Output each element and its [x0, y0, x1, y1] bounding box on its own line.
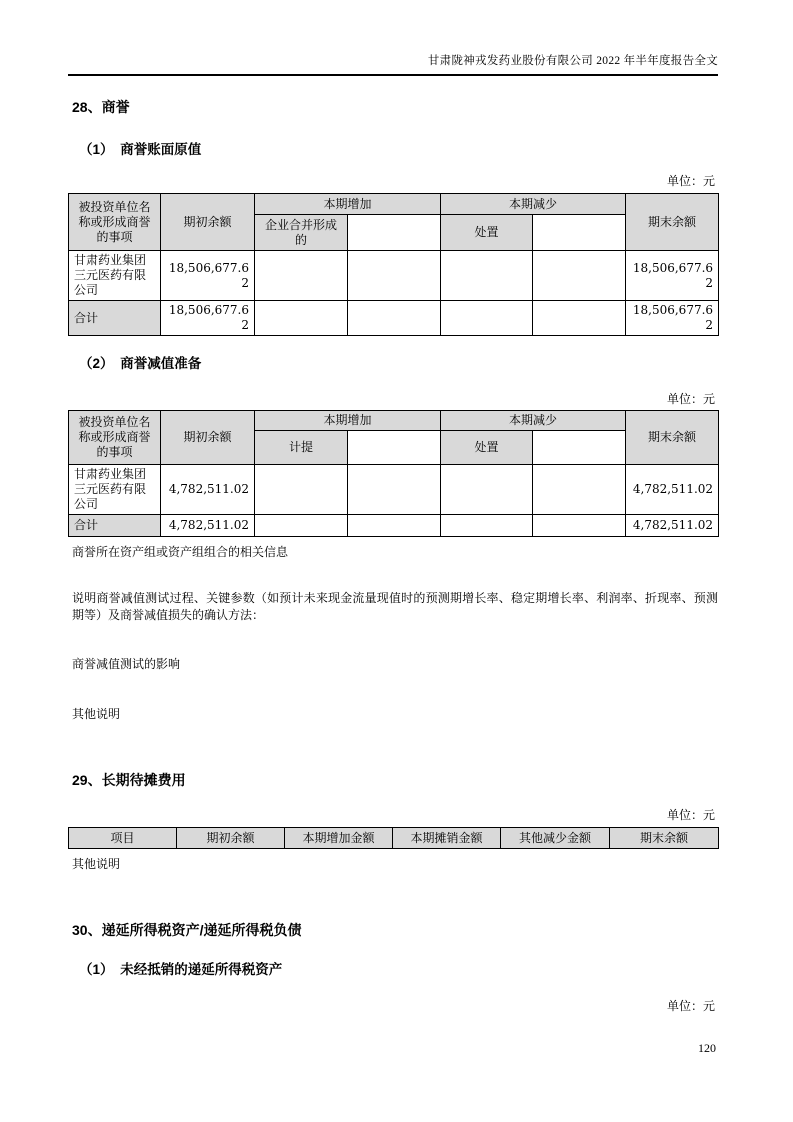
- col-header-opening: 期初余额: [161, 411, 255, 465]
- col-header-increase-group: 本期增加: [255, 411, 441, 431]
- empty-cell: [533, 515, 626, 537]
- col-header-decrease-group: 本期减少: [441, 194, 626, 215]
- note-impairment-method: 说明商誉减值测试过程、关键参数（如预计未来现金流量现值时的预测期增长率、稳定期增…: [68, 590, 718, 624]
- total-opening-cell: 18,506,677.62: [161, 301, 255, 336]
- col-header-closing: 期末余额: [626, 411, 719, 465]
- empty-cell: [441, 251, 533, 301]
- empty-cell: [255, 465, 348, 515]
- empty-cell: [533, 301, 626, 336]
- goodwill-impairment-table: 被投资单位名称或形成商誉的事项 期初余额 本期增加 本期减少 期末余额 计提 处…: [68, 410, 719, 537]
- empty-header-cell: [533, 215, 626, 251]
- goodwill-cost-table: 被投资单位名称或形成商誉的事项 期初余额 本期增加 本期减少 期末余额 企业合并…: [68, 193, 719, 336]
- report-page: 甘肃陇神戎发药业股份有限公司 2022 年半年度报告全文 28、商誉 （1） 商…: [0, 0, 793, 1122]
- table-row-company: 甘肃药业集团三元医药有限公司 18,506,677.62 18,506,677.…: [69, 251, 719, 301]
- table-header-row: 项目 期初余额 本期增加金额 本期摊销金额 其他减少金额 期末余额: [69, 828, 719, 849]
- col-header-opening: 期初余额: [161, 194, 255, 251]
- total-closing-cell: 4,782,511.02: [626, 515, 719, 537]
- empty-cell: [255, 515, 348, 537]
- header-rule: [68, 74, 718, 76]
- empty-cell: [441, 515, 533, 537]
- total-closing-cell: 18,506,677.62: [626, 301, 719, 336]
- col-header-other-decrease: 其他减少金额: [501, 828, 610, 849]
- col-header-closing: 期末余额: [610, 828, 719, 849]
- unit-label-deferred-tax: 单位：元: [68, 997, 718, 1014]
- page-number: 120: [68, 1041, 718, 1056]
- col-header-entity: 被投资单位名称或形成商誉的事项: [69, 194, 161, 251]
- section-28-title: 28、商誉: [68, 97, 718, 117]
- empty-cell: [441, 301, 533, 336]
- opening-balance-cell: 4,782,511.02: [161, 465, 255, 515]
- total-label-cell: 合计: [69, 515, 161, 537]
- note-impairment-effect: 商誉减值测试的影响: [68, 656, 718, 673]
- table-row-total: 合计 4,782,511.02 4,782,511.02: [69, 515, 719, 537]
- total-label-cell: 合计: [69, 301, 161, 336]
- note-other-long-term: 其他说明: [68, 856, 718, 873]
- table-row-company: 甘肃药业集团三元医药有限公司 4,782,511.02 4,782,511.02: [69, 465, 719, 515]
- empty-cell: [348, 301, 441, 336]
- col-header-opening: 期初余额: [177, 828, 285, 849]
- unit-label-long-term: 单位：元: [68, 806, 718, 823]
- opening-balance-cell: 18,506,677.62: [161, 251, 255, 301]
- empty-cell: [441, 465, 533, 515]
- company-name-cell: 甘肃药业集团三元医药有限公司: [69, 251, 161, 301]
- subsection-deferred-tax-title: （1） 未经抵销的递延所得税资产: [68, 958, 718, 978]
- col-header-decrease-sub: 处置: [441, 431, 533, 465]
- empty-cell: [533, 465, 626, 515]
- col-header-closing: 期末余额: [626, 194, 719, 251]
- col-header-increase-sub: 企业合并形成的: [255, 215, 348, 251]
- total-opening-cell: 4,782,511.02: [161, 515, 255, 537]
- note-asset-group: 商誉所在资产组或资产组组合的相关信息: [68, 544, 718, 561]
- empty-cell: [348, 251, 441, 301]
- col-header-decrease-sub: 处置: [441, 215, 533, 251]
- col-header-increase-amount: 本期增加金额: [285, 828, 393, 849]
- col-header-entity: 被投资单位名称或形成商誉的事项: [69, 411, 161, 465]
- closing-balance-cell: 4,782,511.02: [626, 465, 719, 515]
- company-name-cell: 甘肃药业集团三元医药有限公司: [69, 465, 161, 515]
- empty-header-cell: [533, 431, 626, 465]
- col-header-increase-sub: 计提: [255, 431, 348, 465]
- empty-cell: [348, 465, 441, 515]
- subsection-goodwill-cost-title: （1） 商誉账面原值: [68, 138, 718, 158]
- subsection-goodwill-impairment-title: （2） 商誉减值准备: [68, 352, 718, 372]
- section-29-title: 29、长期待摊费用: [68, 770, 718, 790]
- table-header-row: 被投资单位名称或形成商誉的事项 期初余额 本期增加 本期减少 期末余额: [69, 411, 719, 431]
- long-term-expenses-table: 项目 期初余额 本期增加金额 本期摊销金额 其他减少金额 期末余额: [68, 827, 719, 849]
- unit-label-goodwill-impairment: 单位：元: [68, 390, 718, 407]
- col-header-amortized-amount: 本期摊销金额: [393, 828, 501, 849]
- empty-cell: [255, 301, 348, 336]
- empty-cell: [348, 515, 441, 537]
- col-header-item: 项目: [69, 828, 177, 849]
- table-header-row: 被投资单位名称或形成商誉的事项 期初余额 本期增加 本期减少 期末余额: [69, 194, 719, 215]
- empty-cell: [533, 251, 626, 301]
- table-row-total: 合计 18,506,677.62 18,506,677.62: [69, 301, 719, 336]
- section-30-title: 30、递延所得税资产/递延所得税负债: [68, 920, 718, 940]
- empty-header-cell: [348, 431, 441, 465]
- empty-header-cell: [348, 215, 441, 251]
- empty-cell: [255, 251, 348, 301]
- unit-label-goodwill-cost: 单位：元: [68, 172, 718, 189]
- report-header-title: 甘肃陇神戎发药业股份有限公司 2022 年半年度报告全文: [68, 52, 718, 68]
- note-other-goodwill: 其他说明: [68, 706, 718, 723]
- col-header-decrease-group: 本期减少: [441, 411, 626, 431]
- col-header-increase-group: 本期增加: [255, 194, 441, 215]
- closing-balance-cell: 18,506,677.62: [626, 251, 719, 301]
